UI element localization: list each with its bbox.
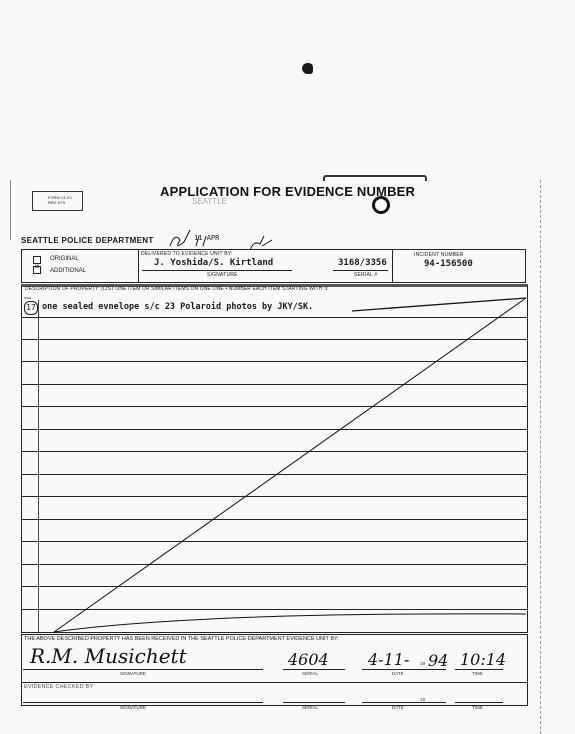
void-strokes xyxy=(0,0,575,734)
